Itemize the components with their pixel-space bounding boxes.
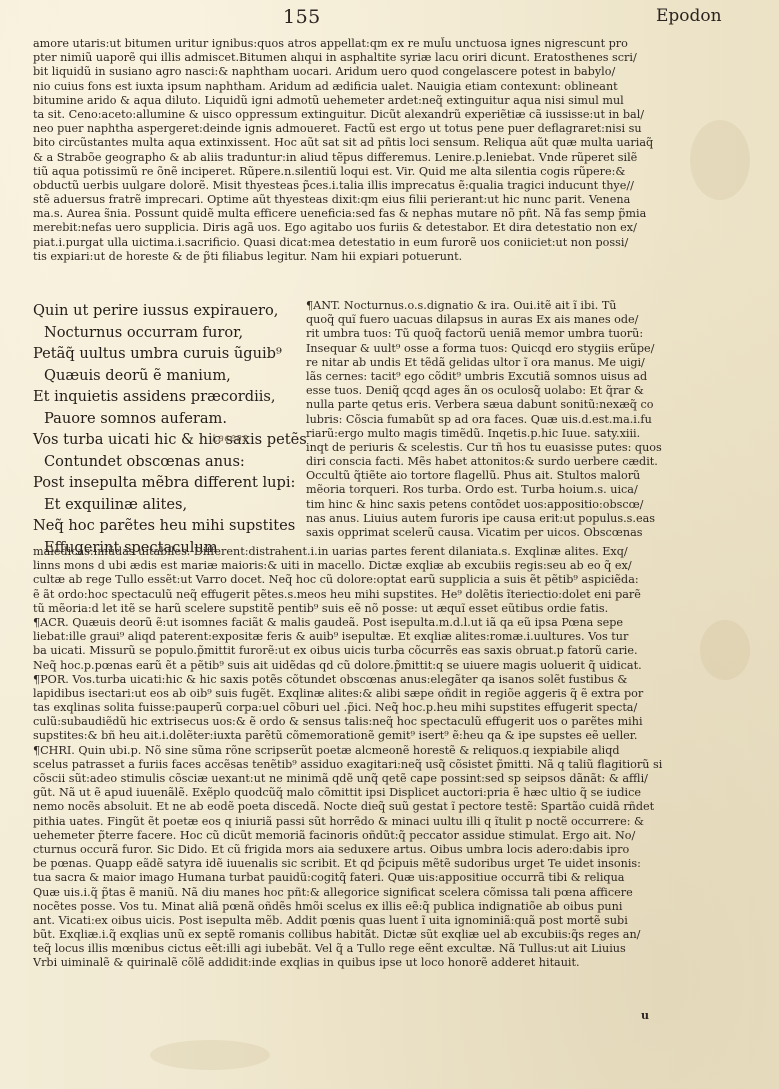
commentary-line: ¶CHRI. Quin ubi.p. Nõ sine sũma rõne … [33,744,665,758]
commentary-line: nas anus. Liuius autem furoris ipe causa… [306,512,666,526]
paper-stain [690,120,750,200]
verse-block: Quin ut perire iussus expirauero,Nocturn… [33,300,298,558]
commentary-line: saxis opprimat scelerũ causa. Vicatim p… [306,526,666,540]
verse-line: Et inquietis assidens præcordiis, [33,386,298,408]
commentary-line: gũt. Nã ut ẽ apud iuuenãlẽ. Exẽplo… [33,786,665,800]
verse-line: Petãq̃ uultus umbra curuis ũguib⁹ [33,343,298,365]
commentary-line: be pœnas. Quapp eãdẽ satyra idẽ iuuen… [33,857,665,871]
commentary-line: nemo nocẽs absoluit. Et ne ab eodẽ poe… [33,800,665,814]
commentary-line: & a Strabõe geographo & ab aliis tradun… [33,151,665,165]
commentary-line: liebat:ille graui⁹ aliqd paterent:exposi… [33,630,665,644]
book-page: 155 Epodon amore utaris:ut bitumen uritu… [0,0,779,1089]
commentary-line: bito circũstantes multa aqua extinxisse… [33,136,665,150]
commentary-line: uehemeter p̃terre facere. Hoc cũ dicũt… [33,829,665,843]
commentary-line: bit liquidũ in susiano agro nasci:& nap… [33,65,665,79]
commentary-line: quoq̃ quĩ fuero uacuas dilapsus in aura… [306,313,666,327]
commentary-line: pithia uates. Fingũt ẽt poetæ eos q in… [33,815,665,829]
commentary-line: piat.i.purgat ulla uictima.i.sacrificio.… [33,236,665,250]
commentary-line: lãs cernes: tacit⁹ ego cõdit⁹ umbris E… [306,370,666,384]
commentary-line: merebit:nefas uero supplicia. Diris agã… [33,221,665,235]
commentary-line: maledicas:imũdas uitabiles. Different:d… [33,545,665,559]
commentary-line: cõscii sũt:adeo stimulis cõsciæ uexan… [33,772,665,786]
commentary-line: Occultũ q̃tiẽte aio tortore flagellũ.… [306,469,666,483]
commentary-line: riarũ:ergo multo magis timẽdũ. Inqeti… [306,427,666,441]
folio-number: 155 [283,6,321,28]
commentary-line: scelus patrasset a furiis faces accẽsas… [33,758,665,772]
commentary-line: cultæ ab rege Tullo essẽt:ut Varro doce… [33,573,665,587]
commentary-line: teq̃ locus illis mœnibus cictus eẽt:ill… [33,942,665,956]
handwritten-marginal-note: Laceas [212,432,248,444]
commentary-line: bitumine arido & aqua diluto. Liquidũ i… [33,94,665,108]
commentary-line: lubris: Cõscia fumabũt sp ad ora faces… [306,413,666,427]
running-head: Epodon [656,6,722,26]
paper-stain [150,1040,270,1070]
commentary-line: culũ:subaudiẽdũ hic extrisecus uos:& … [33,715,665,729]
commentary-line: stẽ aduersus fratrẽ imprecari. Optime … [33,193,665,207]
commentary-line: rit umbra tuos: Tũ quoq̃ factorũ uenia… [306,327,666,341]
verse-line: Contundet obscœnas anus: [33,451,298,473]
commentary-line: inqt de periuris & scelestis. Cur tñ ho… [306,441,666,455]
commentary-line: ta sit. Ceno:aceto:allumine & uisco oppr… [33,108,665,122]
commentary-line: diri conscia facti. Mẽs habet attonitos… [306,455,666,469]
verse-line: Vos turba uicati hic & hic saxis petẽs [33,429,298,451]
commentary-line: amore utaris:ut bitumen uritur ignibus:q… [33,37,665,51]
commentary-line: bũt. Exqliæ.i.q̃ exqlias unũ ex septẽ… [33,928,665,942]
verse-line: Quin ut perire iussus expirauero, [33,300,298,322]
commentary-line: Quæ uis.i.q̃ p̃tas ẽ maniũ. Nã diu ma… [33,886,665,900]
commentary-line: tis expiari:ut de horeste & de p̃ti fili… [33,250,665,264]
verse-line: Pauore somnos auferam. [33,408,298,430]
verse-line: Neq̃ hoc parẽtes heu mihi supstites [33,515,298,537]
commentary-line: esse tuos. Deniq̃ qcqd ages ãn os oculo… [306,384,666,398]
commentary-line: ¶ACR. Quæuis deorũ ẽ:ut isomnes faciã… [33,616,665,630]
commentary-line: supstites:& bñ heu ait.i.dolẽter:iuxta… [33,729,665,743]
commentary-line: ¶ANT. Nocturnus.o.s.dignatio & ira. Oui.… [306,299,666,313]
commentary-line: ma.s. Aurea s̃nia. Possunt quidẽ multa … [33,207,665,221]
commentary-line: pter nimiũ uaporẽ qui illis admiscet.B… [33,51,665,65]
verse-line: Nocturnus occurram furor, [33,322,298,344]
commentary-line: Neq̃ hoc.p.pœnas earũ ẽt a pẽtib⁹ sui… [33,659,665,673]
commentary-line: lapidibus isectari:ut eos ab oib⁹ suis f… [33,687,665,701]
commentary-line: tim hinc & hinc saxis petens contõdet u… [306,498,666,512]
commentary-line: cturnus occurã furor. Sic Dido. Et cũ … [33,843,665,857]
verse-line: Quæuis deorũ ẽ manium, [33,365,298,387]
commentary-line: tũ mẽoria:d let itẽ se harũ scelere … [33,602,665,616]
commentary-line: nocẽtes posse. Vos tu. Minat aliã pœna… [33,900,665,914]
commentary-line: tiũ aqua potissimũ re õnẽ inciperet.… [33,165,665,179]
bottom-commentary: maledicas:imũdas uitabiles. Different:d… [33,545,665,971]
paper-stain [700,620,750,680]
commentary-line: nulla parte qetus eris. Verbera sæua dab… [306,398,666,412]
commentary-line: mẽoria torqueri. Ros turba. Ordo est. T… [306,483,666,497]
verse-line: Post insepulta mẽbra different lupi: [33,472,298,494]
commentary-line: ẽ ãt ordo:hoc spectaculũ neq̃ effuger… [33,588,665,602]
commentary-line: nio cuius fons est iuxta ipsum naphtham.… [33,80,665,94]
verse-line: Et exquilinæ alites, [33,494,298,516]
commentary-line: ant. Vicati:ex oibus uicis. Post isepult… [33,914,665,928]
commentary-line: re nitar ab undis Et tẽdã gelidas ulto… [306,356,666,370]
side-commentary: ¶ANT. Nocturnus.o.s.dignatio & ira. Oui.… [306,299,666,540]
top-commentary: amore utaris:ut bitumen uritur ignibus:q… [33,37,665,264]
commentary-line: tua sacra & maior imago Humana turbat pa… [33,871,665,885]
commentary-line: linns mons d̃ ubi ædis est mariæ maioris… [33,559,665,573]
commentary-line: obductũ uerbis uulgare dolorẽ. Misit t… [33,179,665,193]
commentary-line: ¶POR. Vos.turba uicati:hic & hic saxis p… [33,673,665,687]
signature-mark: u [641,1009,649,1022]
commentary-line: tas exqlinas solita fuisse:pauperũ corp… [33,701,665,715]
commentary-line: Vrbi uiminalẽ & quirinalẽ cõlẽ addid… [33,956,665,970]
commentary-line: Insequar & uult⁹ osse a forma tuos: Quic… [306,342,666,356]
commentary-line: neo puer naphtha aspergeret:deinde ignis… [33,122,665,136]
commentary-line: ba uicati. Missurũ se populo.p̃mittit f… [33,644,665,658]
